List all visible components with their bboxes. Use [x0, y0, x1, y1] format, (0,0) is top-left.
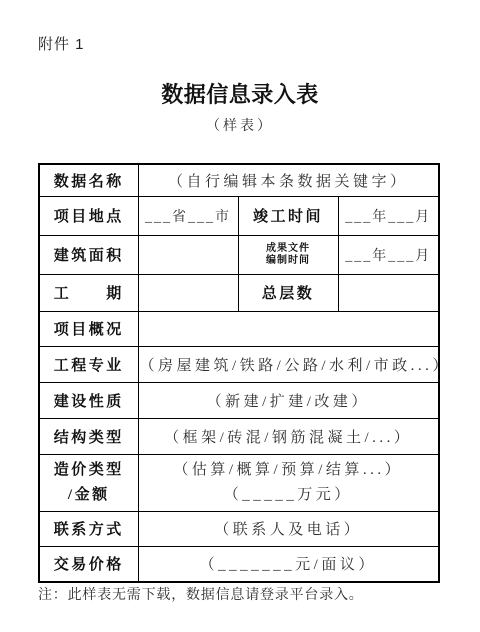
table-row: 交易价格 （_______元/面议）: [39, 546, 439, 582]
table-row: 建设性质 （新建/扩建/改建）: [39, 382, 439, 418]
page-subtitle: （样表）: [0, 115, 480, 135]
table-row: 联系方式 （联系人及电话）: [39, 511, 439, 546]
duration-label: 工 期: [39, 274, 138, 311]
footer-note: 注：此样表无需下载，数据信息请登录平台录入。: [38, 584, 364, 604]
building-area-label: 建筑面积: [39, 235, 138, 274]
document-page: 附件 1 数据信息录入表 （样表） 数据名称 （自行编辑本条数据关键字） 项目地…: [0, 0, 480, 632]
contact-value: （联系人及电话）: [138, 511, 439, 546]
data-name-label: 数据名称: [39, 164, 138, 196]
result-file-time-line2: 编制时间: [240, 255, 337, 267]
project-overview-value: [138, 311, 439, 346]
attachment-label: 附件 1: [38, 33, 85, 54]
result-file-time-label: 成果文件 编制时间: [238, 235, 338, 274]
cost-type-label-line2: /金额: [41, 483, 137, 508]
total-floors-label: 总层数: [238, 274, 338, 311]
table-row: 造价类型 /金额 （估算/概算/预算/结算...） （_____万元）: [39, 454, 439, 511]
table-row: 项目概况: [39, 311, 439, 346]
total-floors-value: [338, 274, 439, 311]
transaction-price-label: 交易价格: [39, 546, 138, 582]
duration-value: [138, 274, 238, 311]
result-file-time-line1: 成果文件: [240, 243, 337, 255]
project-overview-label: 项目概况: [39, 311, 138, 346]
data-entry-form-table: 数据名称 （自行编辑本条数据关键字） 项目地点 ___省___市 竣工时间 __…: [38, 163, 440, 583]
construction-nature-label: 建设性质: [39, 382, 138, 418]
completion-time-label: 竣工时间: [238, 196, 338, 235]
structure-type-value: （框架/砖混/钢筋混凝土/...）: [138, 418, 439, 454]
table-row: 项目地点 ___省___市 竣工时间 ___年___月: [39, 196, 439, 235]
data-name-value: （自行编辑本条数据关键字）: [138, 164, 439, 196]
building-area-value: [138, 235, 238, 274]
engineering-specialty-value: （房屋建筑/铁路/公路/水利/市政...）: [138, 346, 439, 382]
page-title: 数据信息录入表: [0, 78, 480, 109]
engineering-specialty-label: 工程专业: [39, 346, 138, 382]
table-row: 工程专业 （房屋建筑/铁路/公路/水利/市政...）: [39, 346, 439, 382]
structure-type-label: 结构类型: [39, 418, 138, 454]
result-file-time-value: ___年___月: [338, 235, 439, 274]
construction-nature-value: （新建/扩建/改建）: [138, 382, 439, 418]
project-location-value: ___省___市: [138, 196, 238, 235]
cost-type-label: 造价类型 /金额: [39, 454, 138, 511]
contact-label: 联系方式: [39, 511, 138, 546]
table-row: 建筑面积 成果文件 编制时间 ___年___月: [39, 235, 439, 274]
table-row: 工 期 总层数: [39, 274, 439, 311]
cost-type-value-line1: （估算/概算/预算/结算...）: [140, 458, 438, 483]
table-row: 数据名称 （自行编辑本条数据关键字）: [39, 164, 439, 196]
cost-type-label-line1: 造价类型: [41, 458, 137, 483]
project-location-label: 项目地点: [39, 196, 138, 235]
completion-time-value: ___年___月: [338, 196, 439, 235]
cost-type-value-line2: （_____万元）: [140, 483, 438, 508]
transaction-price-value: （_______元/面议）: [138, 546, 439, 582]
cost-type-value: （估算/概算/预算/结算...） （_____万元）: [138, 454, 439, 511]
table-row: 结构类型 （框架/砖混/钢筋混凝土/...）: [39, 418, 439, 454]
